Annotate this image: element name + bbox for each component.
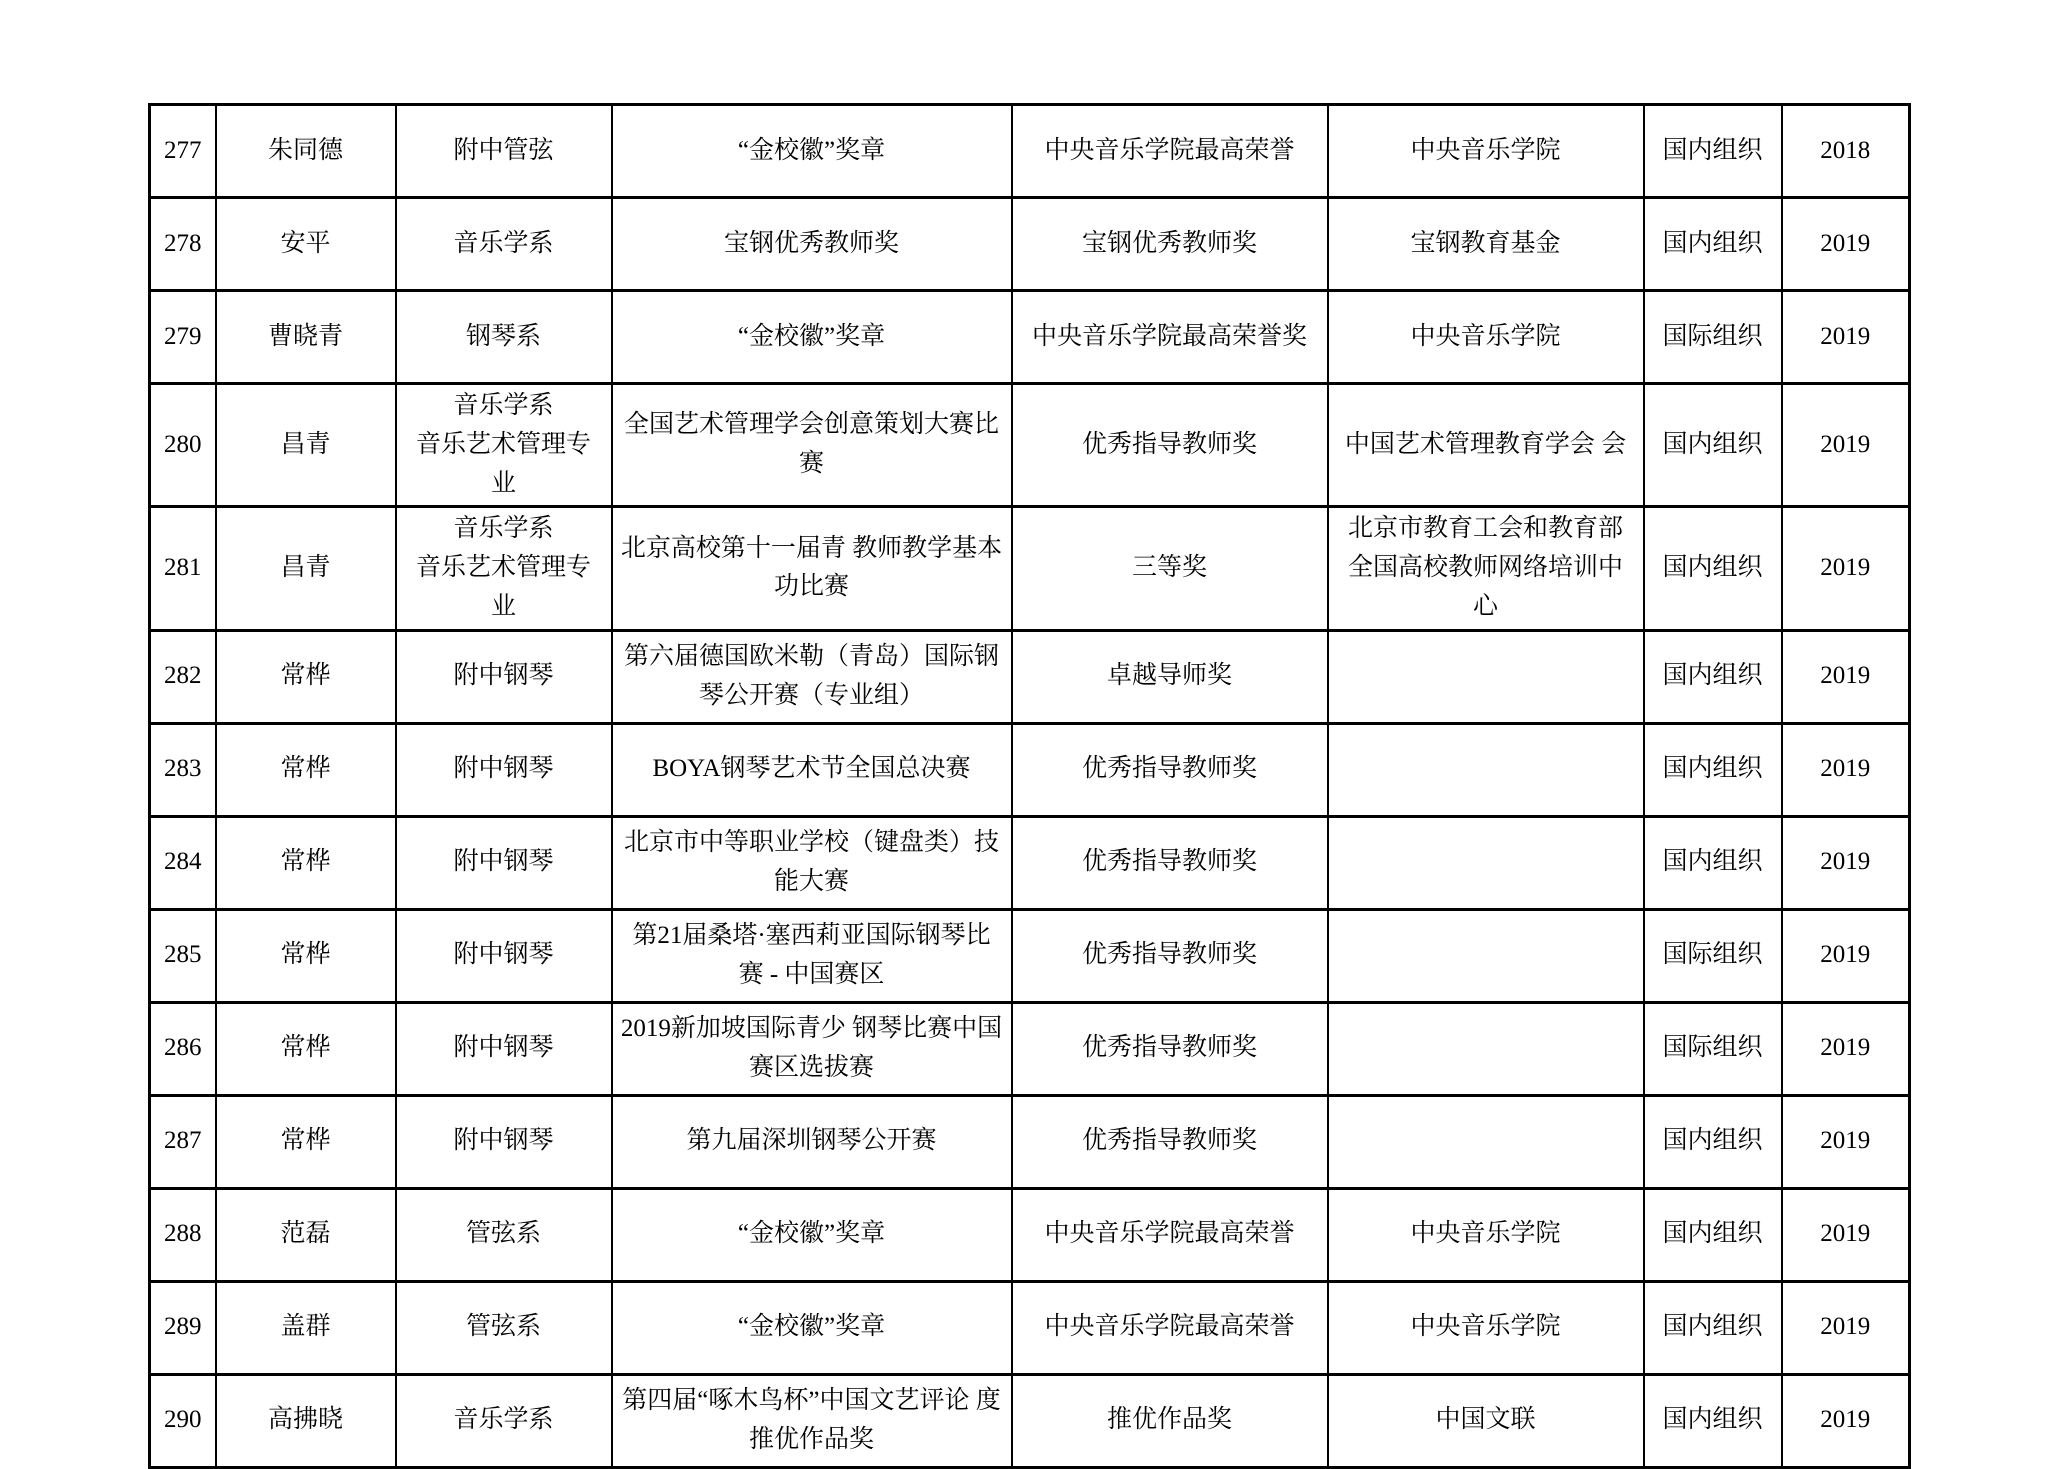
cell-awarding-organization (1328, 1002, 1644, 1095)
cell-person-name: 朱同德 (216, 105, 396, 198)
cell-awarding-organization: 中央音乐学院 (1328, 105, 1644, 198)
cell-row-number: 279 (150, 291, 216, 384)
cell-row-number: 284 (150, 816, 216, 909)
cell-awarding-organization: 中国文联 (1328, 1374, 1644, 1467)
cell-org-scope: 国内组织 (1644, 1188, 1782, 1281)
cell-row-number: 290 (150, 1374, 216, 1467)
table-row: 283 常桦 附中钢琴 BOYA钢琴艺术节全国总决赛 优秀指导教师奖 国内组织 … (150, 723, 1910, 816)
cell-org-scope: 国内组织 (1644, 723, 1782, 816)
cell-row-number: 283 (150, 723, 216, 816)
cell-prize: 中央音乐学院最高荣誉 (1012, 105, 1328, 198)
cell-awarding-organization (1328, 630, 1644, 723)
cell-awarding-organization: 中央音乐学院 (1328, 291, 1644, 384)
cell-person-name: 常桦 (216, 723, 396, 816)
cell-year: 2019 (1782, 198, 1910, 291)
cell-award-name: 第九届深圳钢琴公开赛 (612, 1095, 1012, 1188)
cell-person-name: 安平 (216, 198, 396, 291)
cell-prize: 中央音乐学院最高荣誉奖 (1012, 291, 1328, 384)
cell-awarding-organization: 中央音乐学院 (1328, 1188, 1644, 1281)
cell-awarding-organization: 中国艺术管理教育学会 会 (1328, 384, 1644, 507)
cell-department: 附中钢琴 (396, 909, 612, 1002)
cell-row-number: 287 (150, 1095, 216, 1188)
awards-table-wrapper: 277 朱同德 附中管弦 “金校徽”奖章 中央音乐学院最高荣誉 中央音乐学院 国… (148, 103, 1911, 1469)
table-row: 284 常桦 附中钢琴 北京市中等职业学校（键盘类）技能大赛 优秀指导教师奖 国… (150, 816, 1910, 909)
cell-award-name: “金校徽”奖章 (612, 1281, 1012, 1374)
cell-org-scope: 国内组织 (1644, 105, 1782, 198)
cell-year: 2019 (1782, 723, 1910, 816)
cell-year: 2018 (1782, 105, 1910, 198)
cell-department: 音乐学系 (396, 1374, 612, 1467)
cell-prize: 中央音乐学院最高荣誉 (1012, 1281, 1328, 1374)
table-row: 285 常桦 附中钢琴 第21届桑塔·塞西莉亚国际钢琴比赛 - 中国赛区 优秀指… (150, 909, 1910, 1002)
cell-department: 附中钢琴 (396, 816, 612, 909)
cell-awarding-organization: 中央音乐学院 (1328, 1281, 1644, 1374)
cell-row-number: 280 (150, 384, 216, 507)
cell-awarding-organization (1328, 1095, 1644, 1188)
cell-org-scope: 国内组织 (1644, 1281, 1782, 1374)
cell-org-scope: 国际组织 (1644, 909, 1782, 1002)
table-row: 287 常桦 附中钢琴 第九届深圳钢琴公开赛 优秀指导教师奖 国内组织 2019 (150, 1095, 1910, 1188)
cell-year: 2019 (1782, 291, 1910, 384)
cell-department: 音乐学系 (396, 198, 612, 291)
cell-awarding-organization: 宝钢教育基金 (1328, 198, 1644, 291)
cell-award-name: 2019新加坡国际青少 钢琴比赛中国赛区选拔赛 (612, 1002, 1012, 1095)
cell-row-number: 278 (150, 198, 216, 291)
cell-award-name: “金校徽”奖章 (612, 1188, 1012, 1281)
document-page: { "page": { "background": "#ffffff", "te… (0, 0, 2048, 1449)
cell-award-name: 宝钢优秀教师奖 (612, 198, 1012, 291)
cell-person-name: 范磊 (216, 1188, 396, 1281)
cell-org-scope: 国内组织 (1644, 630, 1782, 723)
cell-year: 2019 (1782, 909, 1910, 1002)
table-row: 279 曹晓青 钢琴系 “金校徽”奖章 中央音乐学院最高荣誉奖 中央音乐学院 国… (150, 291, 1910, 384)
awards-table-body: 277 朱同德 附中管弦 “金校徽”奖章 中央音乐学院最高荣誉 中央音乐学院 国… (150, 105, 1910, 1468)
cell-department: 管弦系 (396, 1188, 612, 1281)
table-row: 286 常桦 附中钢琴 2019新加坡国际青少 钢琴比赛中国赛区选拔赛 优秀指导… (150, 1002, 1910, 1095)
cell-award-name: 北京市中等职业学校（键盘类）技能大赛 (612, 816, 1012, 909)
cell-award-name: 第21届桑塔·塞西莉亚国际钢琴比赛 - 中国赛区 (612, 909, 1012, 1002)
table-row: 281 昌青 音乐学系 音乐艺术管理专业 北京高校第十一届青 教师教学基本功比赛… (150, 507, 1910, 630)
cell-year: 2019 (1782, 1281, 1910, 1374)
cell-org-scope: 国内组织 (1644, 198, 1782, 291)
cell-org-scope: 国际组织 (1644, 1002, 1782, 1095)
cell-award-name: “金校徽”奖章 (612, 105, 1012, 198)
cell-year: 2019 (1782, 1002, 1910, 1095)
cell-prize: 优秀指导教师奖 (1012, 1002, 1328, 1095)
cell-prize: 三等奖 (1012, 507, 1328, 630)
cell-row-number: 289 (150, 1281, 216, 1374)
cell-awarding-organization (1328, 909, 1644, 1002)
cell-row-number: 282 (150, 630, 216, 723)
awards-table: 277 朱同德 附中管弦 “金校徽”奖章 中央音乐学院最高荣誉 中央音乐学院 国… (148, 103, 1911, 1469)
cell-department: 音乐学系 音乐艺术管理专业 (396, 507, 612, 630)
cell-row-number: 281 (150, 507, 216, 630)
table-row: 290 高拂晓 音乐学系 第四届“啄木鸟杯”中国文艺评论 度推优作品奖 推优作品… (150, 1374, 1910, 1467)
cell-org-scope: 国内组织 (1644, 1095, 1782, 1188)
cell-org-scope: 国内组织 (1644, 507, 1782, 630)
cell-department: 附中钢琴 (396, 1002, 612, 1095)
cell-person-name: 常桦 (216, 1002, 396, 1095)
cell-award-name: 第四届“啄木鸟杯”中国文艺评论 度推优作品奖 (612, 1374, 1012, 1467)
cell-year: 2019 (1782, 816, 1910, 909)
cell-org-scope: 国内组织 (1644, 816, 1782, 909)
cell-org-scope: 国际组织 (1644, 291, 1782, 384)
cell-prize: 优秀指导教师奖 (1012, 723, 1328, 816)
cell-row-number: 288 (150, 1188, 216, 1281)
cell-year: 2019 (1782, 1188, 1910, 1281)
cell-person-name: 盖群 (216, 1281, 396, 1374)
cell-awarding-organization (1328, 723, 1644, 816)
cell-row-number: 285 (150, 909, 216, 1002)
cell-year: 2019 (1782, 507, 1910, 630)
cell-year: 2019 (1782, 384, 1910, 507)
cell-prize: 宝钢优秀教师奖 (1012, 198, 1328, 291)
cell-department: 管弦系 (396, 1281, 612, 1374)
cell-awarding-organization: 北京市教育工会和教育部全国高校教师网络培训中心 (1328, 507, 1644, 630)
cell-row-number: 277 (150, 105, 216, 198)
cell-person-name: 常桦 (216, 630, 396, 723)
cell-org-scope: 国内组织 (1644, 1374, 1782, 1467)
cell-year: 2019 (1782, 1374, 1910, 1467)
cell-award-name: BOYA钢琴艺术节全国总决赛 (612, 723, 1012, 816)
cell-prize: 优秀指导教师奖 (1012, 384, 1328, 507)
cell-department: 音乐学系 音乐艺术管理专业 (396, 384, 612, 507)
cell-year: 2019 (1782, 630, 1910, 723)
cell-department: 附中钢琴 (396, 1095, 612, 1188)
cell-prize: 推优作品奖 (1012, 1374, 1328, 1467)
cell-person-name: 昌青 (216, 507, 396, 630)
table-row: 278 安平 音乐学系 宝钢优秀教师奖 宝钢优秀教师奖 宝钢教育基金 国内组织 … (150, 198, 1910, 291)
cell-department: 附中钢琴 (396, 630, 612, 723)
cell-department: 附中管弦 (396, 105, 612, 198)
cell-person-name: 昌青 (216, 384, 396, 507)
table-row: 277 朱同德 附中管弦 “金校徽”奖章 中央音乐学院最高荣誉 中央音乐学院 国… (150, 105, 1910, 198)
cell-award-name: 北京高校第十一届青 教师教学基本功比赛 (612, 507, 1012, 630)
cell-award-name: 第六届德国欧米勒（青岛）国际钢琴公开赛（专业组） (612, 630, 1012, 723)
cell-year: 2019 (1782, 1095, 1910, 1188)
cell-person-name: 常桦 (216, 1095, 396, 1188)
cell-department: 钢琴系 (396, 291, 612, 384)
cell-prize: 卓越导师奖 (1012, 630, 1328, 723)
table-row: 289 盖群 管弦系 “金校徽”奖章 中央音乐学院最高荣誉 中央音乐学院 国内组… (150, 1281, 1910, 1374)
cell-person-name: 高拂晓 (216, 1374, 396, 1467)
cell-prize: 中央音乐学院最高荣誉 (1012, 1188, 1328, 1281)
cell-person-name: 常桦 (216, 816, 396, 909)
cell-prize: 优秀指导教师奖 (1012, 816, 1328, 909)
cell-award-name: “金校徽”奖章 (612, 291, 1012, 384)
cell-person-name: 常桦 (216, 909, 396, 1002)
table-row: 282 常桦 附中钢琴 第六届德国欧米勒（青岛）国际钢琴公开赛（专业组） 卓越导… (150, 630, 1910, 723)
cell-award-name: 全国艺术管理学会创意策划大赛比赛 (612, 384, 1012, 507)
cell-department: 附中钢琴 (396, 723, 612, 816)
cell-row-number: 286 (150, 1002, 216, 1095)
table-row: 288 范磊 管弦系 “金校徽”奖章 中央音乐学院最高荣誉 中央音乐学院 国内组… (150, 1188, 1910, 1281)
cell-person-name: 曹晓青 (216, 291, 396, 384)
table-row: 280 昌青 音乐学系 音乐艺术管理专业 全国艺术管理学会创意策划大赛比赛 优秀… (150, 384, 1910, 507)
cell-awarding-organization (1328, 816, 1644, 909)
cell-prize: 优秀指导教师奖 (1012, 1095, 1328, 1188)
cell-org-scope: 国内组织 (1644, 384, 1782, 507)
cell-prize: 优秀指导教师奖 (1012, 909, 1328, 1002)
